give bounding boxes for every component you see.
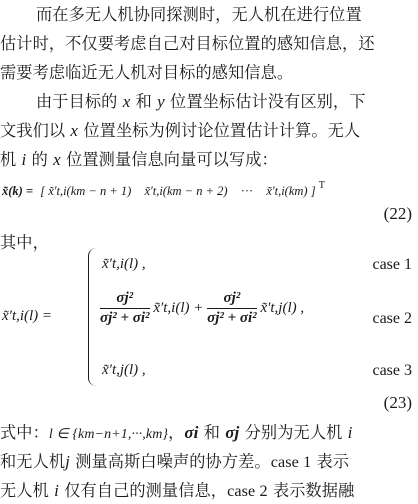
equation-number-23: (23) <box>384 393 412 413</box>
text: 文我们以 <box>0 121 65 140</box>
denominator: σj² + σi² <box>207 309 257 327</box>
where-label: 其中， <box>0 230 418 256</box>
fraction-2: σj² σj² + σi² <box>207 290 257 327</box>
paragraph-1-line-3: 需要考虑临近无人机对目标的感知信息。 <box>0 60 418 86</box>
math-var: x <box>70 121 78 140</box>
paragraph-2-line-2: 文我们以 x 位置坐标为例讨论位置估计计算。无人 <box>0 118 418 144</box>
case-1-expr: x̃′t,i(l) , <box>102 256 146 273</box>
eq-term: x̃′t,i(km − n + 2) <box>144 184 227 198</box>
math-var: i <box>22 150 27 169</box>
text: 其中， <box>0 233 49 252</box>
text: 式中： <box>0 423 49 442</box>
paragraph-3-line-3: 无人机 i 仅有自己的测量信息，case 2 表示数据融 <box>0 478 418 504</box>
math-var: σj <box>225 423 239 442</box>
math-var: i <box>54 481 59 500</box>
paragraph-2-line-3: 机 i 的 x 位置测量信息向量可以写成： <box>0 147 418 173</box>
text: ， <box>168 423 184 442</box>
case-2-expr: σj² σj² + σi² x̃′t,i(l) + σj² σj² + σi² … <box>100 290 304 327</box>
math-var: i <box>348 423 353 442</box>
fraction-1: σj² σj² + σi² <box>100 290 150 327</box>
equation-number-22: (22) <box>384 204 412 224</box>
text: 而在多无人机协同探测时，无人机在进行位置 <box>36 5 362 24</box>
left-brace <box>88 248 99 386</box>
text: 测量高斯白噪声的协方差。 <box>75 452 270 471</box>
text: 和 <box>136 92 152 111</box>
text: case 2 <box>227 482 268 500</box>
math-expr: l ∈ {km−n+1,···,km} <box>49 427 168 442</box>
text: case 1 <box>271 453 312 471</box>
math-var: y <box>157 92 165 111</box>
text: 由于目标的 <box>36 92 117 111</box>
text: 位置测量信息向量可以写成： <box>66 150 278 169</box>
text: 位置坐标估计没有区别，下 <box>170 92 365 111</box>
case-2-label: case 2 <box>372 310 412 328</box>
text: 仅有自己的测量信息， <box>64 481 227 500</box>
paragraph-2-line-1: 由于目标的 x 和 y 位置坐标估计没有区别，下 <box>0 89 418 115</box>
text: 和 <box>204 423 220 442</box>
paragraph-3-line-1: 式中：l ∈ {km−n+1,···,km}，σi 和 σj 分别为无人机 i <box>0 420 418 446</box>
eq-term: x̃′t,j(l) , <box>260 300 304 316</box>
text: 估计时，不仅要考虑自己对目标位置的感知信息，还 <box>0 34 375 53</box>
text: 表示 <box>317 452 350 471</box>
case-1-label: case 1 <box>372 256 412 274</box>
eq-term: [ x̃′t,i(km − n + 1) <box>40 184 131 198</box>
text: 表示数据融 <box>273 481 354 500</box>
text: 机 <box>0 150 16 169</box>
paragraph-1-line-1: 而在多无人机协同探测时，无人机在进行位置 <box>0 2 418 28</box>
eq-term: x̃′t,i(l) + <box>153 300 203 316</box>
math-var: j <box>65 452 70 471</box>
equation-23-lhs: x̃′t,i(l) = <box>2 308 52 325</box>
math-var: σi <box>184 423 198 442</box>
math-var: x <box>53 150 61 169</box>
text: 位置坐标为例讨论位置估计计算。无人 <box>83 121 360 140</box>
numerator: σj² <box>207 290 257 309</box>
case-3-label: case 3 <box>372 362 412 380</box>
eq-ellipsis: ··· <box>241 184 254 198</box>
paragraph-1-line-2: 估计时，不仅要考虑自己对目标位置的感知信息，还 <box>0 31 418 57</box>
text: 需要考虑临近无人机对目标的感知信息。 <box>0 63 293 82</box>
eq-term: x̃′t,i(km) ] <box>266 184 315 198</box>
eq-transpose: T <box>319 180 325 191</box>
numerator: σj² <box>100 290 150 309</box>
eq-lhs: x̃(k) = <box>2 184 33 198</box>
math-var: x <box>123 92 131 111</box>
denominator: σj² + σi² <box>100 309 150 327</box>
case-3-expr: x̃′t,j(l) , <box>102 362 146 379</box>
text: 的 <box>32 150 48 169</box>
text: 无人机 <box>0 481 49 500</box>
paragraph-3-line-2: 和无人机j 测量高斯白噪声的协方差。case 1 表示 <box>0 449 418 475</box>
text: 和无人机 <box>0 452 65 471</box>
text: 分别为无人机 <box>245 423 343 442</box>
equation-22: x̃(k) = [ x̃′t,i(km − n + 1) x̃′t,i(km −… <box>2 180 325 199</box>
